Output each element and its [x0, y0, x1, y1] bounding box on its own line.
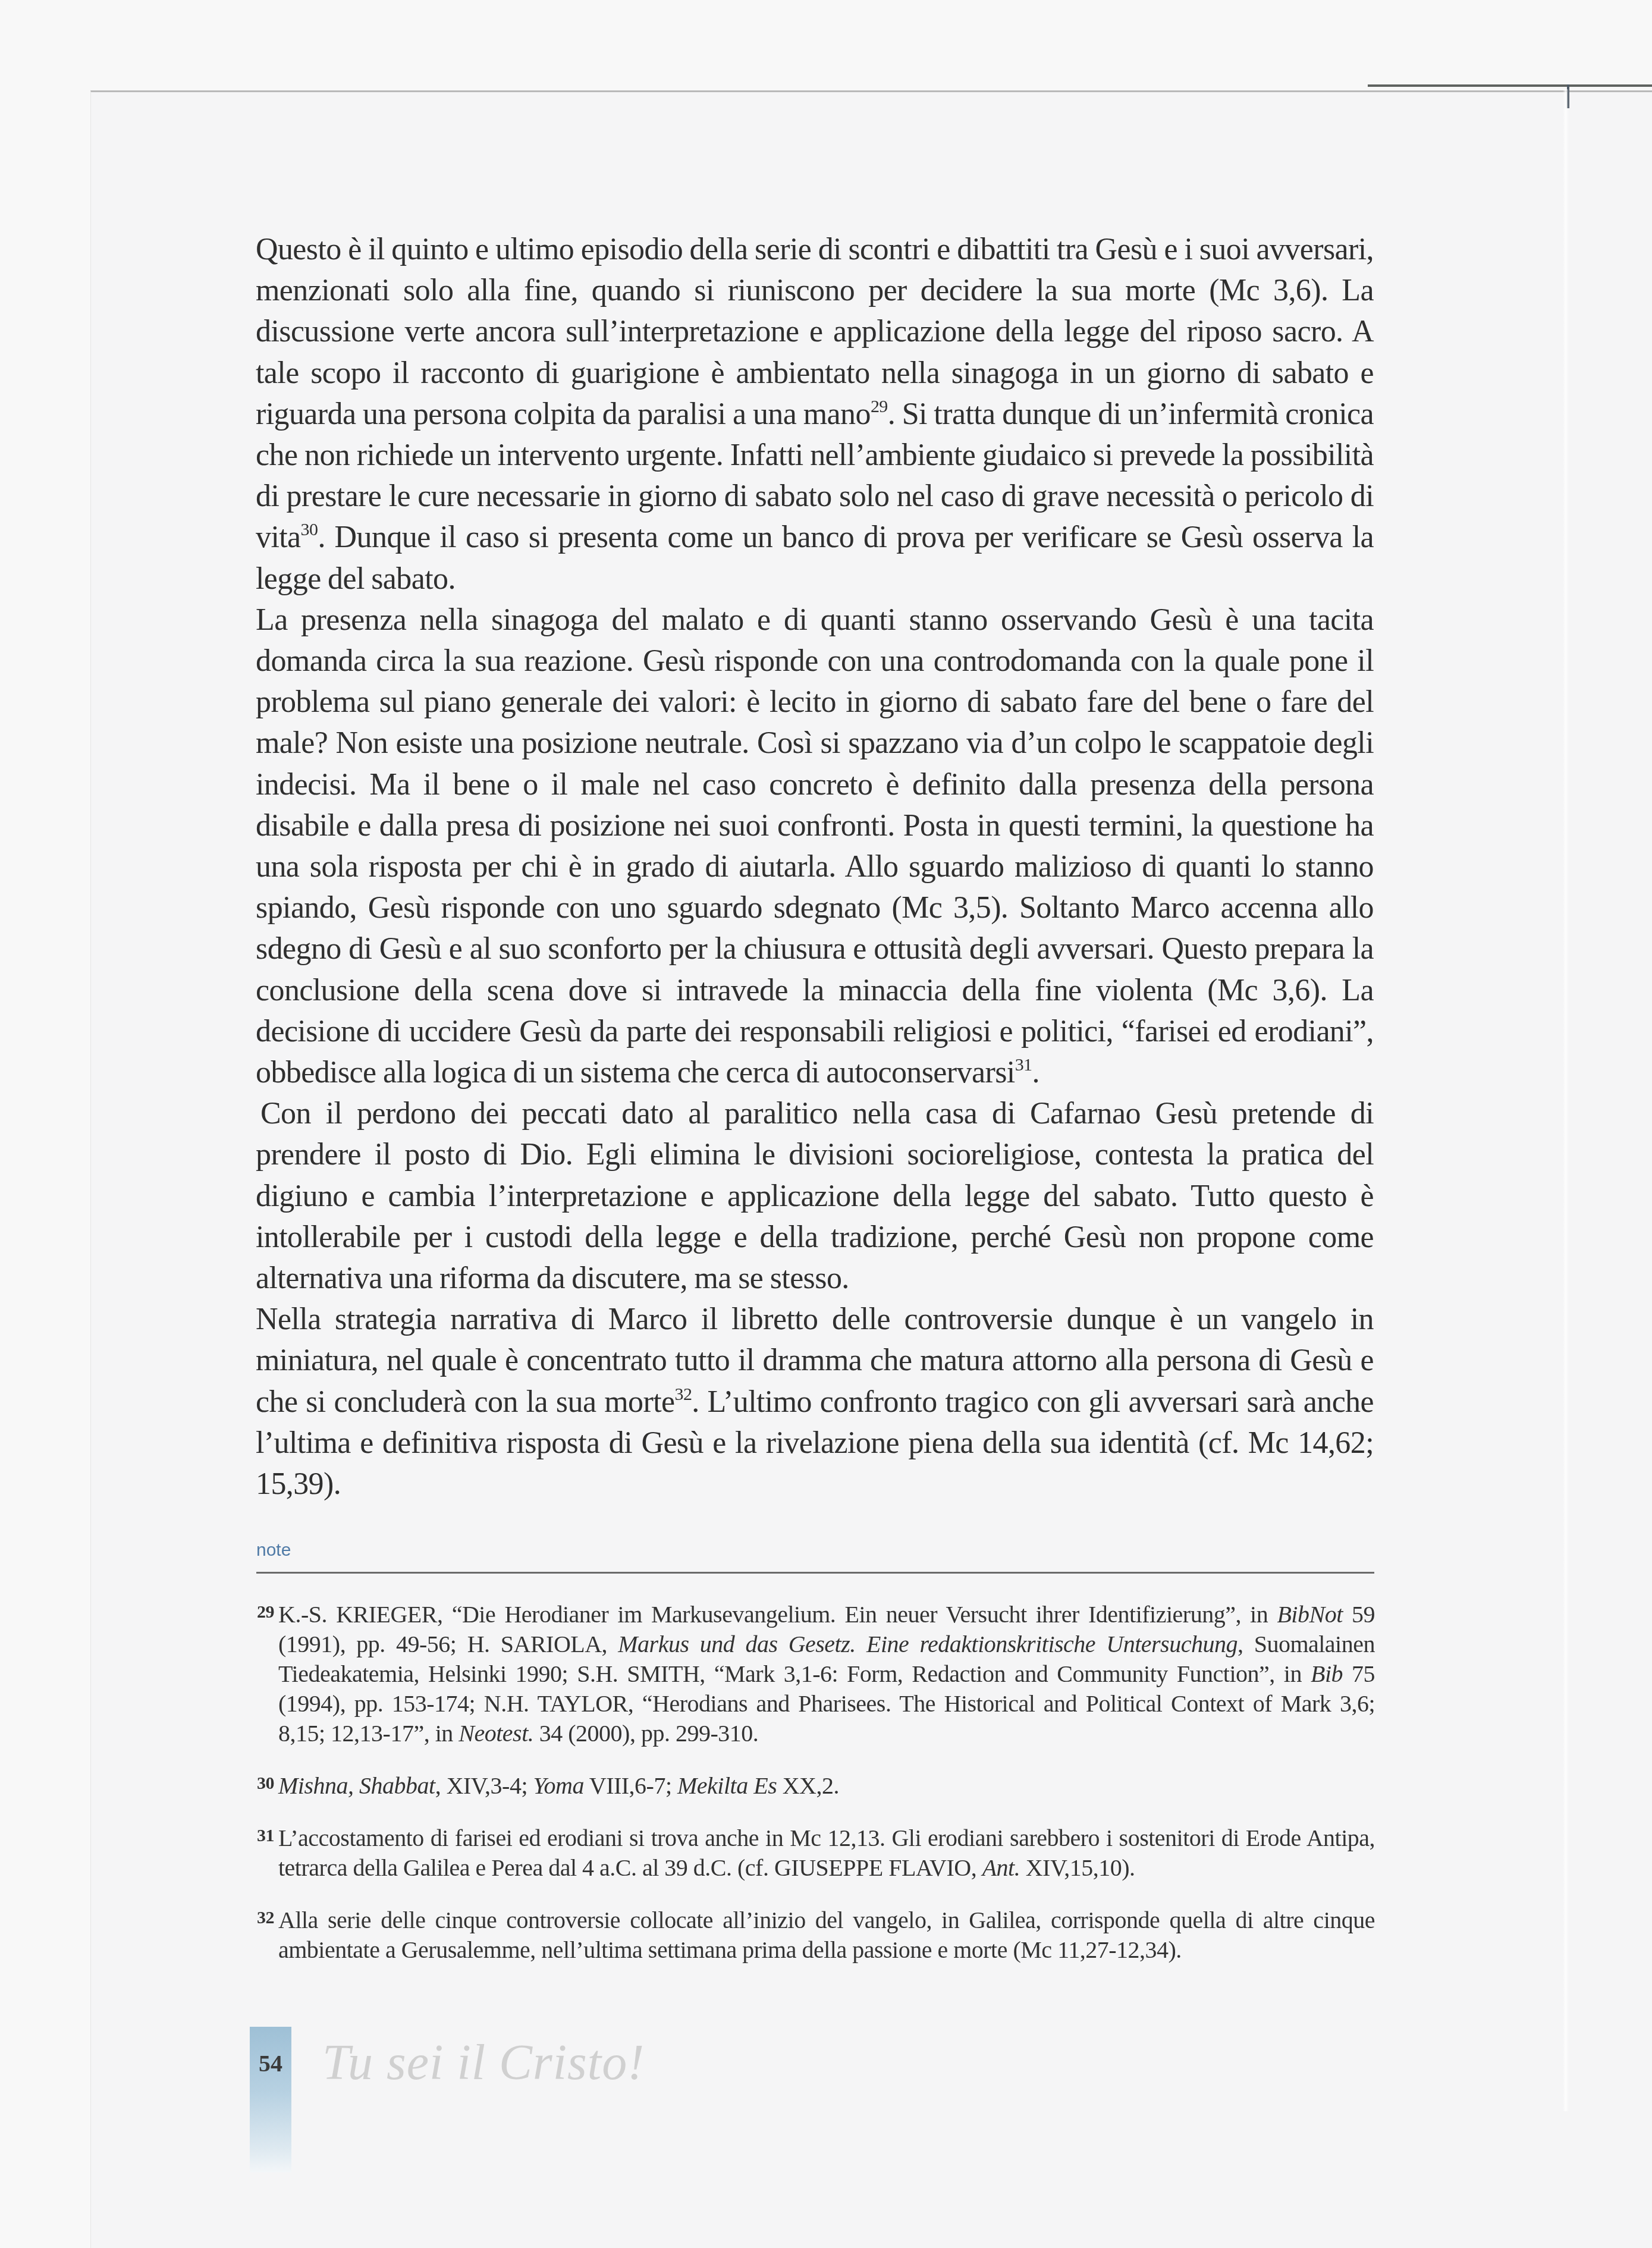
footnote-32: 32 Alla serie delle cinque controversie … — [257, 1905, 1375, 1965]
footnote-ref-30[interactable]: 30 — [301, 520, 318, 539]
footnote-number: 29 — [257, 1597, 274, 1627]
text-span: K.-S. KRIEGER, “Die Herodianer im Markus… — [278, 1601, 1277, 1628]
paragraph-4: Nella strategia narrativa di Marco il li… — [256, 1299, 1374, 1505]
footnote-29: 29 K.-S. KRIEGER, “Die Herodianer im Mar… — [257, 1600, 1375, 1748]
page-number: 54 — [250, 2049, 291, 2077]
text-span: Con il perdono dei peccati dato al paral… — [256, 1097, 1374, 1295]
page-edge-line — [1368, 84, 1652, 87]
footnotes-section: 29 K.-S. KRIEGER, “Die Herodianer im Mar… — [257, 1600, 1375, 1988]
paragraph-3: Con il perdono dei peccati dato al paral… — [256, 1093, 1374, 1299]
text-span: , XIV,3-4; — [435, 1772, 533, 1799]
footnote-number: 31 — [257, 1821, 274, 1851]
text-span: . — [1032, 1056, 1039, 1090]
italic-title: Mekilta Es — [677, 1772, 777, 1799]
footnote-number: 30 — [257, 1769, 274, 1798]
footnote-31: 31 L’accostamento di farisei ed erodiani… — [257, 1823, 1375, 1883]
text-span: Alla serie delle cinque controversie col… — [278, 1907, 1375, 1963]
italic-title: BibNot — [1277, 1601, 1342, 1628]
italic-title: Mishna, Shabbat — [278, 1772, 435, 1799]
running-title: Tu sei il Cristo! — [322, 2034, 645, 2092]
notes-heading: note — [256, 1540, 291, 1561]
italic-title: Neotest. — [458, 1720, 533, 1747]
italic-title: Bib — [1311, 1660, 1343, 1687]
main-text: Questo è il quinto e ultimo episodio del… — [256, 229, 1374, 1505]
text-span: VIII,6-7; — [584, 1772, 677, 1799]
text-span: . Dunque il caso si presenta come un ban… — [256, 520, 1374, 595]
footnote-number: 32 — [257, 1903, 274, 1933]
italic-title: Markus und das Gesetz. Eine redaktionskr… — [618, 1631, 1238, 1657]
italic-title: Yoma — [533, 1772, 584, 1799]
footnote-ref-31[interactable]: 31 — [1015, 1055, 1032, 1075]
text-span: XX,2. — [777, 1772, 839, 1799]
paragraph-1: Questo è il quinto e ultimo episodio del… — [256, 229, 1374, 599]
text-span: L’accostamento di farisei ed erodiani si… — [278, 1825, 1375, 1881]
italic-title: Ant. — [982, 1854, 1020, 1881]
footnote-ref-29[interactable]: 29 — [871, 397, 888, 416]
page-number-tab: 54 — [250, 2027, 291, 2172]
text-span: 34 (2000), pp. 299-310. — [533, 1720, 758, 1747]
notes-divider — [256, 1572, 1374, 1574]
scan-crease — [1563, 89, 1569, 2111]
footnote-ref-32[interactable]: 32 — [675, 1384, 692, 1404]
paragraph-2: La presenza nella sinagoga del malato e … — [256, 599, 1374, 1093]
text-span: XIV,15,10). — [1020, 1854, 1135, 1881]
footnote-30: 30 Mishna, Shabbat, XIV,3-4; Yoma VIII,6… — [257, 1771, 1375, 1801]
text-span: La presenza nella sinagoga del malato e … — [256, 603, 1374, 1090]
